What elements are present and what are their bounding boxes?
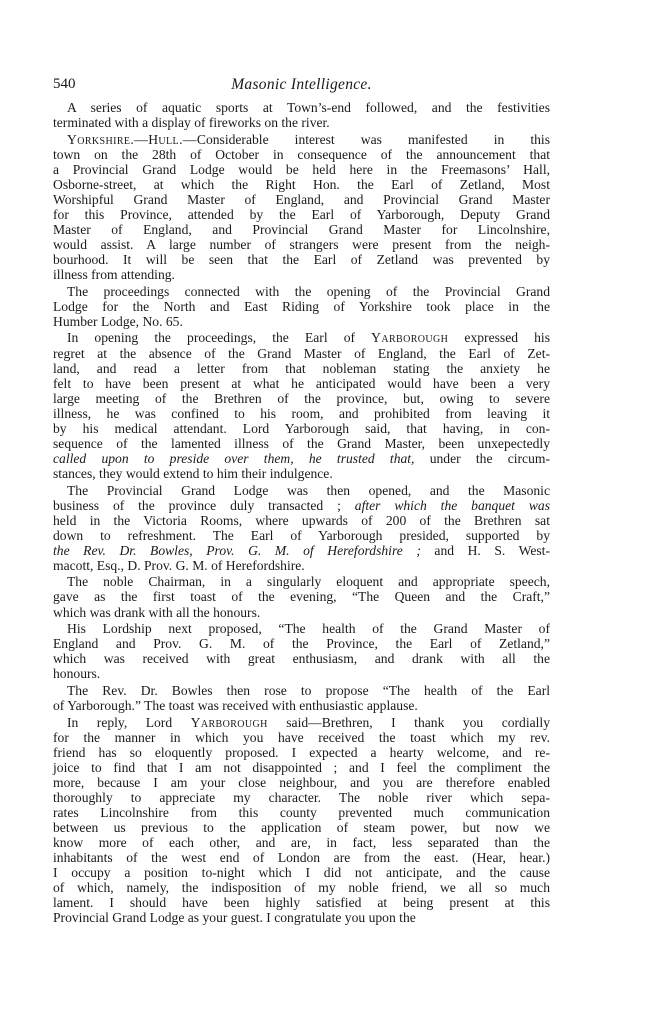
text-line: macott, Esq., D. Prov. G. M. of Hereford… <box>53 558 550 573</box>
italic-text: called upon to preside over them, he tru… <box>53 451 414 466</box>
running-title: Masonic Intelligence. <box>53 76 550 94</box>
italic-text: after which the banquet was <box>355 498 550 513</box>
text-line: England and Prov. G. M. of the Province,… <box>53 636 550 651</box>
text-line: large meeting of the Brethren of the pro… <box>53 391 550 406</box>
text-line: friend has so eloquently proposed. I exp… <box>53 745 550 760</box>
paragraph: The proceedings connected with the openi… <box>53 284 550 329</box>
text-line: joice to find that I am not disappointed… <box>53 760 550 775</box>
text-line: down to refreshment. The Earl of Yarboro… <box>53 528 550 543</box>
text-line: stances, they would extend to him their … <box>53 466 550 481</box>
text-line: for this Province, attended by the Earl … <box>53 207 550 222</box>
text-line: The noble Chairman, in a singularly eloq… <box>53 574 550 589</box>
text-line: terminated with a display of fireworks o… <box>53 115 550 130</box>
paragraph: The noble Chairman, in a singularly eloq… <box>53 574 550 619</box>
text-line: business of the province duly transacted… <box>53 498 550 513</box>
text-line: of which, namely, the indisposition of m… <box>53 880 550 895</box>
text-line: for the manner in which you have receive… <box>53 730 550 745</box>
text-line: illness, he was confined to his room, an… <box>53 406 550 421</box>
text-line: I occupy a position to-night which I did… <box>53 865 550 880</box>
text-line: which was received with great enthusiasm… <box>53 651 550 666</box>
text-line: The proceedings connected with the openi… <box>53 284 550 299</box>
paragraph: A series of aquatic sports at Town’s-end… <box>53 100 550 130</box>
text-line: rates Lincolnshire from this county prev… <box>53 805 550 820</box>
paragraph: Yorkshire.—Hull.—Considerable interest w… <box>53 132 550 282</box>
text-line: inhabitants of the west end of London ar… <box>53 850 550 865</box>
text-line: Humber Lodge, No. 65. <box>53 314 550 329</box>
text-line: land, and read a letter from that noblem… <box>53 361 550 376</box>
text-line: know more of each other, and are, in fac… <box>53 835 550 850</box>
text-line: would assist. A large number of stranger… <box>53 237 550 252</box>
smallcaps-name: Yarborough <box>371 330 448 345</box>
text-line: Yorkshire.—Hull.—Considerable interest w… <box>53 132 550 147</box>
text-line: In reply, Lord Yarborough said—Brethren,… <box>53 715 550 730</box>
text-line: Provincial Grand Lodge as your guest. I … <box>53 910 550 925</box>
text-line: held in the Victoria Rooms, where upward… <box>53 513 550 528</box>
text-line: bourhood. It will be seen that the Earl … <box>53 252 550 267</box>
text-line: called upon to preside over them, he tru… <box>53 451 550 466</box>
text-line: of Yarborough.” The toast was received w… <box>53 698 550 713</box>
text-line: the Rev. Dr. Bowles, Prov. G. M. of Here… <box>53 543 550 558</box>
article-body: A series of aquatic sports at Town’s-end… <box>53 100 550 927</box>
text-line: The Rev. Dr. Bowles then rose to propose… <box>53 683 550 698</box>
text-line: gave as the first toast of the evening, … <box>53 589 550 604</box>
text-line: illness from attending. <box>53 267 550 282</box>
text-line: Osborne-street, at which the Right Hon. … <box>53 177 550 192</box>
italic-text: the Rev. Dr. Bowles, Prov. G. M. of Here… <box>53 543 421 558</box>
document-page: 540 Masonic Intelligence. A series of aq… <box>0 0 654 1011</box>
text-line: Lodge for the North and East Riding of Y… <box>53 299 550 314</box>
section-heading-inline: Yorkshire.—Hull.— <box>67 132 197 147</box>
text-line: a Provincial Grand Lodge would be held h… <box>53 162 550 177</box>
text-line: regret at the absence of the Grand Maste… <box>53 346 550 361</box>
text-line: between us previous to the application o… <box>53 820 550 835</box>
paragraph: In opening the proceedings, the Earl of … <box>53 330 550 480</box>
text-line: more, because I am your close neighbour,… <box>53 775 550 790</box>
paragraph: The Provincial Grand Lodge was then open… <box>53 483 550 573</box>
text-line: Worshipful Grand Master of England, and … <box>53 192 550 207</box>
text-line: Master of England, and Provincial Grand … <box>53 222 550 237</box>
text-line: thoroughly to appreciate my character. T… <box>53 790 550 805</box>
paragraph: His Lordship next proposed, “The health … <box>53 621 550 681</box>
text-line: town on the 28th of October in consequen… <box>53 147 550 162</box>
text-line: A series of aquatic sports at Town’s-end… <box>53 100 550 115</box>
text-line: which was drank with all the honours. <box>53 605 550 620</box>
running-head: 540 Masonic Intelligence. <box>53 76 550 94</box>
text-line: felt to have been present at what he ant… <box>53 376 550 391</box>
text-line: The Provincial Grand Lodge was then open… <box>53 483 550 498</box>
text-line: His Lordship next proposed, “The health … <box>53 621 550 636</box>
paragraph: The Rev. Dr. Bowles then rose to propose… <box>53 683 550 713</box>
text-line: by his medical attendant. Lord Yarboroug… <box>53 421 550 436</box>
text-line: sequence of the lamented illness of the … <box>53 436 550 451</box>
text-line: lament. I should have been highly satisf… <box>53 895 550 910</box>
text-line: In opening the proceedings, the Earl of … <box>53 330 550 345</box>
smallcaps-name: Yarborough <box>191 715 268 730</box>
text-line: honours. <box>53 666 550 681</box>
paragraph: In reply, Lord Yarborough said—Brethren,… <box>53 715 550 926</box>
